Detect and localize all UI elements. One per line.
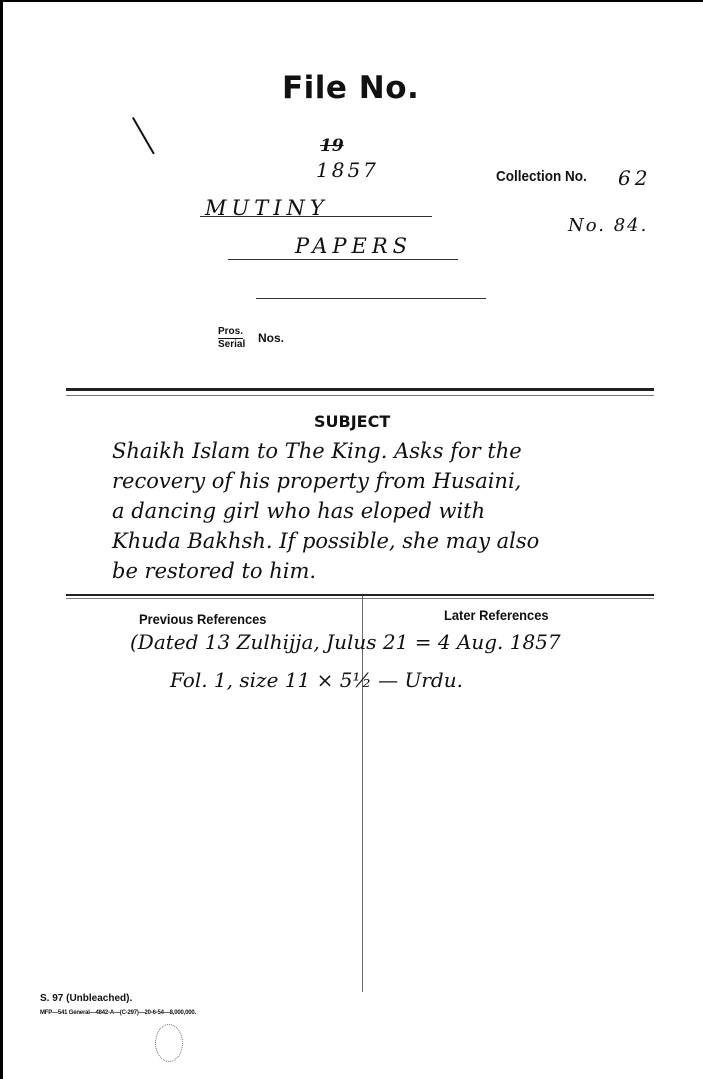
section-rule-bottom-thin — [66, 598, 654, 599]
title-rule-1 — [200, 216, 432, 217]
section-rule-top — [66, 388, 654, 391]
file-year: 1857 — [316, 158, 379, 182]
scan-border-top — [0, 0, 703, 2]
faint-stamp — [155, 1024, 183, 1062]
title-rule-2 — [228, 259, 458, 260]
struck-year-prefix: 19 — [320, 136, 344, 156]
subject-line: a dancing girl who has eloped with — [112, 496, 672, 526]
subject-line: be restored to him. — [112, 556, 672, 586]
subject-label: SUBJECT — [314, 412, 390, 431]
subject-line: Shaikh Islam to The King. Asks for the — [112, 436, 672, 466]
collection-label: Collection No. — [496, 168, 587, 185]
title-rule-3 — [256, 298, 486, 299]
references-divider — [362, 596, 363, 992]
pros-serial-nos: Pros. Serial Nos. — [218, 326, 245, 351]
document-number: No. 84. — [568, 215, 648, 236]
scan-border-left — [0, 0, 3, 1079]
printer-imprint: MFP—541 General—4842-A—(C-297)—20-6-54—8… — [40, 1010, 196, 1016]
file-title-line2: PAPERS — [295, 234, 412, 258]
subject-line: Khuda Bakhsh. If possible, she may also — [112, 526, 672, 556]
reference-note-line2: Fol. 1, size 11 × 5½ — Urdu. — [170, 668, 463, 692]
pros-label: Pros. — [218, 326, 243, 339]
subject-text: Shaikh Islam to The King. Asks for the r… — [112, 436, 672, 586]
reference-note-line1: (Dated 13 Zulhijja, Julus 21 = 4 Aug. 18… — [130, 630, 561, 654]
previous-references-label: Previous References — [139, 611, 266, 627]
file-no-heading: File No. — [282, 70, 419, 106]
section-rule-bottom — [66, 594, 654, 596]
later-references-label: Later References — [444, 607, 549, 623]
pen-mark — [132, 117, 155, 154]
form-number: S. 97 (Unbleached). — [40, 993, 132, 1004]
section-rule-top-thin — [66, 395, 654, 396]
serial-label: Serial — [218, 339, 245, 350]
nos-label: Nos. — [258, 332, 284, 344]
collection-value: 62 — [618, 166, 651, 190]
subject-line: recovery of his property from Husaini, — [112, 466, 672, 496]
